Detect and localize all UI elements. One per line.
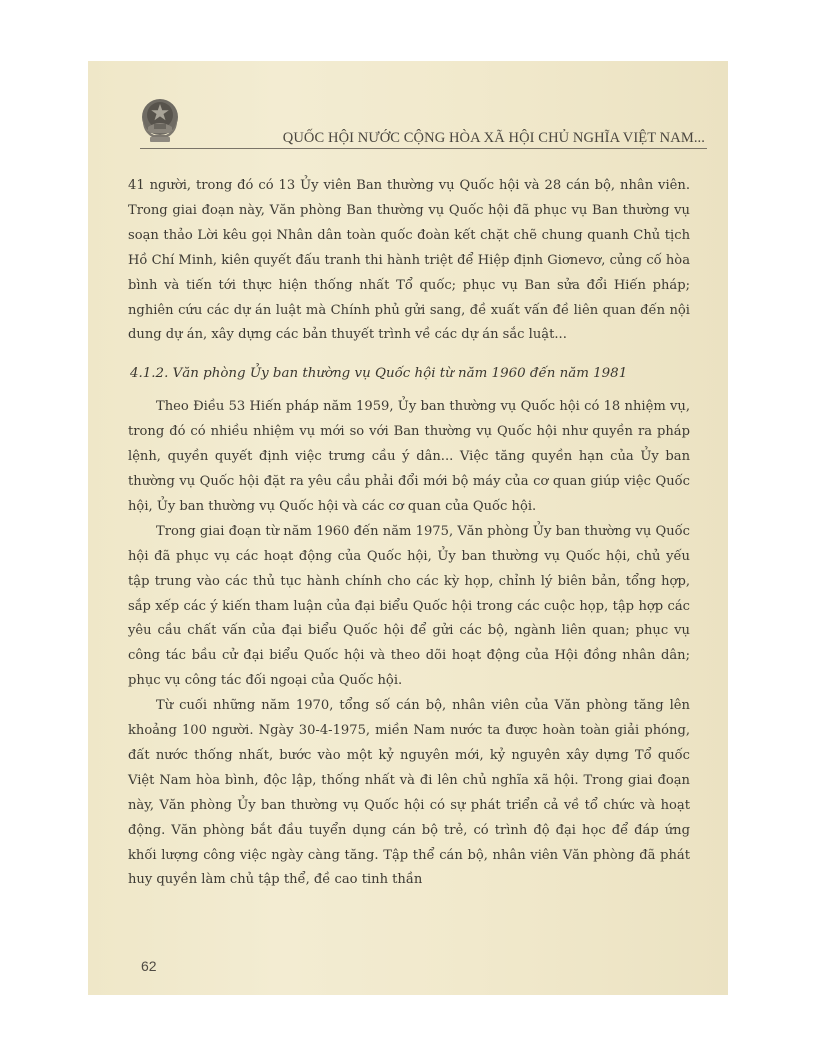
book-page: QUỐC HỘI NƯỚC CỘNG HÒA XÃ HỘI CHỦ NGHĨA … <box>88 61 728 995</box>
running-head: QUỐC HỘI NƯỚC CỘNG HÒA XÃ HỘI CHỦ NGHĨA … <box>140 128 707 149</box>
paragraph: Từ cuối những năm 1970, tổng số cán bộ, … <box>128 694 690 893</box>
body-text: 41 người, trong đó có 13 Ủy viên Ban thư… <box>128 174 690 893</box>
running-head-title: QUỐC HỘI NƯỚC CỘNG HÒA XÃ HỘI CHỦ NGHĨA … <box>283 130 705 147</box>
section-heading: 4.1.2. Văn phòng Ủy ban thường vụ Quốc h… <box>128 362 690 387</box>
paragraph: Trong giai đoạn từ năm 1960 đến năm 1975… <box>128 520 690 694</box>
page-number: 62 <box>141 958 157 974</box>
paragraph: Theo Điều 53 Hiến pháp năm 1959, Ủy ban … <box>128 395 690 520</box>
paragraph-continued: 41 người, trong đó có 13 Ủy viên Ban thư… <box>128 174 690 348</box>
